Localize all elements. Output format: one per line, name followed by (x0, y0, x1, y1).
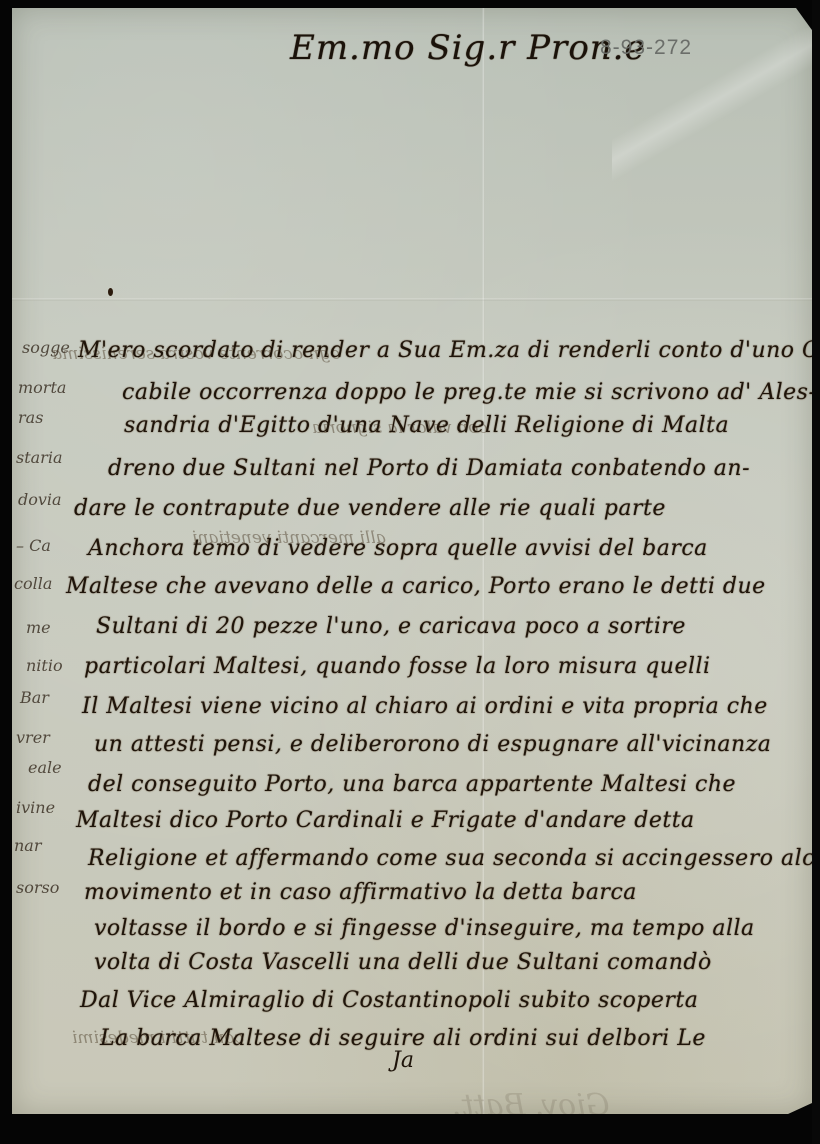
margin-note: ivine (16, 798, 55, 817)
margin-note: nar (14, 836, 42, 855)
catchword: Ja (392, 1048, 414, 1073)
text-line: volta di Costa Vascelli una delli due Su… (94, 950, 712, 975)
margin-note: colla (14, 574, 52, 593)
margin-note: eale (28, 758, 62, 777)
text-line: del conseguito Porto, una barca apparten… (88, 772, 736, 797)
text-line: dreno due Sultani nel Porto di Damiata c… (108, 456, 750, 481)
text-line: particolari Maltesi, quando fosse la lor… (84, 654, 711, 679)
margin-note: sorso (16, 878, 59, 897)
margin-note: vrer (16, 728, 50, 747)
text-line: Anchora temo di vedere sopra quelle avvi… (88, 536, 708, 561)
margin-note: – Ca (16, 536, 51, 555)
text-line: un attesti pensi, e deliberorono di espu… (94, 732, 771, 757)
text-line: dare le contrapute due vendere alle rie … (74, 496, 666, 521)
margin-note: morta (18, 378, 66, 397)
vertical-fold (482, 8, 485, 1114)
scan-border (812, 0, 820, 1144)
margin-note: Bar (20, 688, 49, 707)
margin-note: dovia (18, 490, 62, 509)
shelfmark: 8-93-272 (600, 36, 692, 60)
ink-blot (108, 288, 113, 296)
text-line: Maltese che avevano delle a carico, Port… (66, 574, 766, 599)
text-line: voltasse il bordo e si fingesse d'insegu… (94, 916, 755, 941)
margin-note: ras (18, 408, 43, 427)
salutation: Em.mo Sig.r Pron.e (290, 28, 646, 68)
margin-note: sogge (22, 338, 70, 357)
text-line: M'ero scordato di render a Sua Em.za di … (78, 338, 820, 363)
text-line: Religione et affermando come sua seconda… (88, 846, 820, 871)
text-line: Il Maltesi viene vicino al chiaro ai ord… (82, 694, 768, 719)
text-line: Sultani di 20 pezze l'uno, e caricava po… (96, 614, 686, 639)
text-line: cabile occorrenza doppo le preg.te mie s… (122, 380, 816, 405)
text-line: Dal Vice Almiraglio di Costantinopoli su… (80, 988, 698, 1013)
text-line: Maltesi dico Porto Cardinali e Frigate d… (76, 808, 695, 833)
margin-note: me (26, 618, 51, 637)
manuscript-page: Em.mo Sig.r Pron.e 8-93-272 ogn ocorrent… (12, 8, 812, 1114)
bleed-through-signature: Giov. Batt. (452, 1088, 610, 1123)
horizontal-fold (12, 298, 812, 301)
margin-note: staria (16, 448, 62, 467)
margin-note: nitio (26, 656, 63, 675)
text-line: movimento et in caso affirmativo la dett… (84, 880, 637, 905)
text-line: sandria d'Egitto d'una Nave delli Religi… (124, 413, 729, 438)
